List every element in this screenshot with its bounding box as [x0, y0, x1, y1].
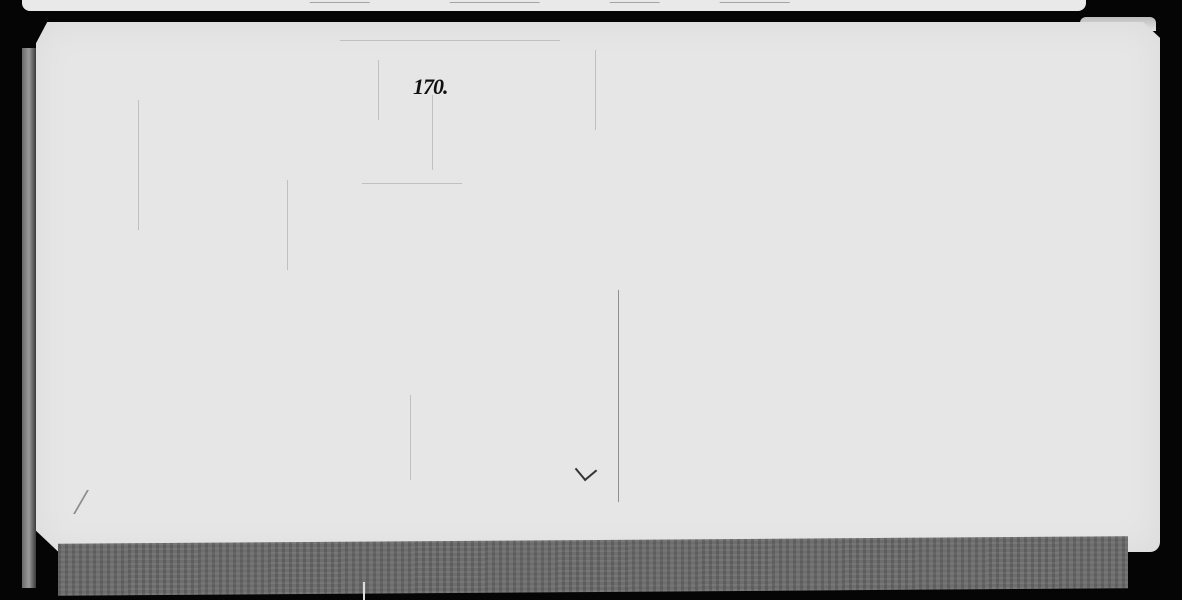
bleed-through-column — [595, 50, 596, 130]
tear-mark — [363, 582, 365, 600]
page-bottom-edge — [58, 536, 1128, 595]
bleed-through-rule — [362, 183, 462, 184]
bleed-through-column — [287, 180, 288, 270]
bleed-through-column — [378, 60, 379, 120]
bleed-through-header — [340, 40, 560, 41]
previous-page-strip — [22, 0, 1086, 11]
bleed-through-column — [432, 95, 433, 170]
bleed-through-column — [410, 395, 411, 480]
page-number: 170. — [413, 74, 448, 100]
bleed-through-column — [138, 100, 139, 230]
document-page — [36, 22, 1160, 552]
page-left-edge — [22, 48, 36, 588]
vertical-rule — [618, 290, 619, 502]
